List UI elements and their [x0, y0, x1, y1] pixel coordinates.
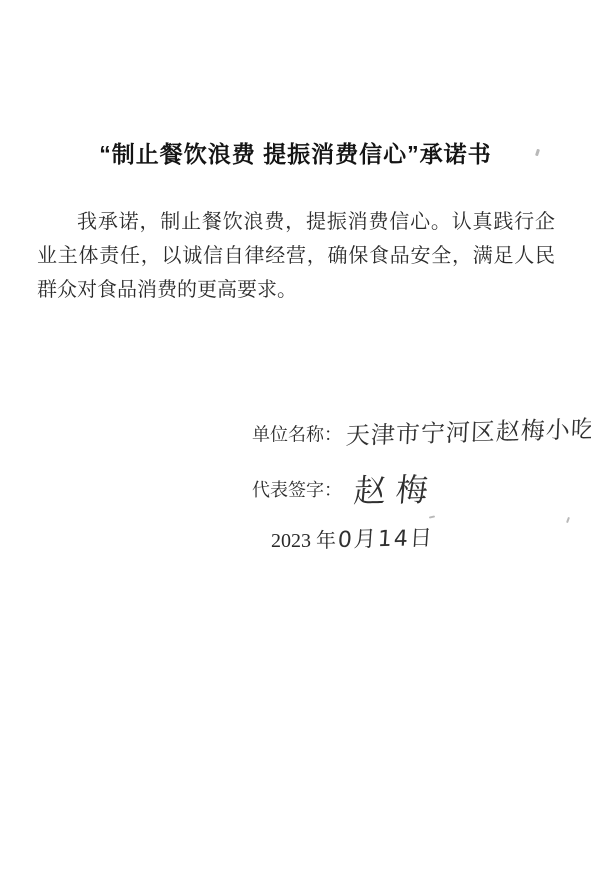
commitment-paragraph: 我承诺，制止餐饮浪费，提振消费信心。认真践行企业主体责任，以诚信自律经营，确保食…	[37, 205, 555, 307]
document-title: “制止餐饮浪费 提振消费信心”承诺书	[0, 136, 591, 169]
unit-name-row: 单位名称：天津市宁河区赵梅小吃店	[252, 416, 591, 451]
date-printed-part: 2023 年	[271, 530, 336, 552]
unit-name-handwriting: 天津市宁河区赵梅小吃店	[345, 408, 591, 451]
representative-signature-label: 代表签字：	[252, 480, 342, 500]
scan-speck	[566, 517, 570, 523]
date-handwriting: 0月14日	[337, 521, 435, 554]
representative-signature-row: 代表签字：赵梅	[252, 466, 438, 512]
document-page: “制止餐饮浪费 提振消费信心”承诺书 我承诺，制止餐饮浪费，提振消费信心。认真践…	[0, 0, 591, 886]
unit-name-label: 单位名称：	[252, 425, 342, 445]
scan-speck	[429, 515, 435, 518]
representative-signature-handwriting: 赵梅	[352, 464, 440, 512]
date-row: 2023 年0月14日	[271, 523, 434, 554]
